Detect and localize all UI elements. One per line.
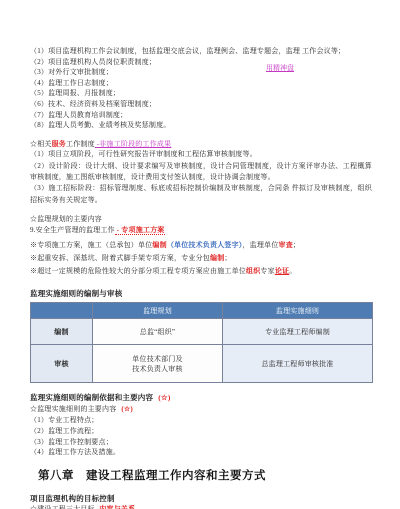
note-blue-text: （单位技术负责人签字） — [167, 241, 243, 249]
heading-text: ☆监理实施细则的主要内容 — [30, 405, 116, 413]
heading-highlight: 服务 — [52, 140, 66, 148]
item-highlight: - 专项施工方案 — [115, 226, 165, 235]
list-item: （2）项目监理机构人员岗位职责制度； — [30, 57, 372, 68]
list-item: （2）监理工作流程； — [30, 426, 372, 437]
rules-list: （1）项目监理机构工作会议制度，包括监理交底会议，监理例会、监理专题会，监理 工… — [30, 46, 372, 131]
section-heading: 监理实施细则的编制依据和主要内容(☆) — [30, 392, 372, 403]
list-item: （4）监理工作日志制度； — [30, 78, 372, 89]
target-section: 项目监理机构的目标控制 ☆建设工程三大目标 -内容与关系 — [30, 493, 372, 509]
row-label: 编制 — [31, 319, 93, 345]
cell-line: 技术负责人审核 — [95, 364, 220, 374]
list-item: （4）监理工作方法及措施。 — [30, 447, 372, 458]
safety-item-line: 9.安全生产管理的监理工作 - 专项施工方案 — [30, 224, 372, 236]
note-highlight: 编制 — [210, 254, 224, 262]
note-highlight: 组织 — [246, 267, 260, 275]
cell-plan: 单位技术部门及 技术负责人审核 — [93, 345, 223, 383]
note-text: ※超过一定规模的危险性较大的分部分项工程专项方案应由施工单位 — [30, 267, 246, 275]
list-item: （1）项目监理机构工作会议制度，包括监理交底会议，监理例会、监理专题会，监理 工… — [30, 46, 372, 57]
heading-text: 监理实施细则的编制依据和主要内容 — [30, 393, 153, 402]
section-heading: ☆监理规划的主要内容 — [30, 214, 372, 225]
paragraph: （2）设计阶段：设计大纲、设计要求编写及审核制度，设计合同管理制度，设计方案评审… — [30, 161, 372, 184]
heading-text: 工作制度 — [66, 140, 95, 148]
row-label: 审核 — [31, 345, 93, 383]
basis-section: 监理实施细则的编制依据和主要内容(☆) ☆监理实施细则的主要内容(☆) （1）专… — [30, 392, 372, 457]
list-item: （3）对外行文审批制度； — [30, 67, 372, 78]
note-text: ※起重安拆、深基坑、附着式脚手架专项方案，专业分包 — [30, 254, 210, 262]
note-text: 。 — [289, 267, 296, 275]
note-highlight: 论证 — [275, 267, 289, 275]
header-cell-detail: 监理实施细则 — [223, 303, 373, 319]
document-page: 用精神盘 （1）项目监理机构工作会议制度，包括监理交底会议，监理例会、监理专题会… — [0, 0, 400, 509]
cell-plan: 总监“组织” — [93, 319, 223, 345]
table-row: 编制 总监“组织” 专业监理工程师编制 — [31, 319, 373, 345]
stage-result-link[interactable]: -非施工阶段的工作成果 — [95, 140, 171, 148]
note-line: ※专项施工方案，施工（总承包）单位编制（单位技术负责人签字），监理单位审查； — [30, 239, 372, 252]
cell-line: 单位技术部门及 — [95, 354, 220, 364]
review-table: 监理规划 监理实施细则 编制 总监“组织” 专业监理工程师编制 审核 单位技术部… — [30, 302, 373, 383]
plan-section: ☆监理规划的主要内容 9.安全生产管理的监理工作 - 专项施工方案 ※专项施工方… — [30, 214, 372, 279]
list-item: （3）监理工作控制要点； — [30, 437, 372, 448]
star-badge: (☆) — [121, 405, 133, 413]
note-line: ※起重安拆、深基坑、附着式脚手架专项方案，专业分包编制； — [30, 252, 372, 265]
list-item: （6）技术、经济资料及档案管理制度； — [30, 99, 372, 110]
table-title: 监理实施细则的编制与审核 — [30, 288, 372, 299]
note-highlight: 审查 — [279, 241, 293, 249]
cell-detail: 总监理工程师审核批准 — [223, 345, 373, 383]
table-row: 审核 单位技术部门及 技术负责人审核 总监理工程师审核批准 — [31, 345, 373, 383]
line-text: ☆建设工程三大目标 — [30, 505, 95, 509]
note-text: ，监理单位 — [243, 241, 279, 249]
list-item: （8）监理人员考勤、业绩考核及奖惩制度。 — [30, 120, 372, 131]
note-text: ※专项施工方案，施工（总承包）单位 — [30, 241, 152, 249]
list-item: （7）监理人员教育培训制度； — [30, 110, 372, 121]
note-highlight: 编制 — [152, 241, 166, 249]
chapter-heading: 第八章 建设工程监理工作内容和主要方式 — [30, 469, 372, 484]
table-section: 监理实施细则的编制与审核 监理规划 监理实施细则 编制 总监“组织” 专业监理工… — [30, 288, 372, 383]
list-item: （5）监理周报、月报制度； — [30, 88, 372, 99]
cell-detail: 专业监理工程师编制 — [223, 319, 373, 345]
section-heading: ☆相关服务工作制度 -非施工阶段的工作成果 — [30, 139, 372, 150]
list-item: （1）专业工程特点； — [30, 415, 372, 426]
header-cell-empty — [31, 303, 93, 319]
notes-block: ※专项施工方案，施工（总承包）单位编制（单位技术负责人签字），监理单位审查； ※… — [30, 239, 372, 278]
related-services-section: ☆相关服务工作制度 -非施工阶段的工作成果 （1）项目立项阶段，可行性研究报告评… — [30, 139, 372, 206]
star-badge: (☆) — [158, 393, 170, 402]
section-heading: 项目监理机构的目标控制 — [30, 493, 372, 504]
table-header-row: 监理规划 监理实施细则 — [31, 303, 373, 319]
header-cell-plan: 监理规划 — [93, 303, 223, 319]
note-text: ； — [293, 241, 300, 249]
goal-line: ☆建设工程三大目标 -内容与关系 — [30, 504, 372, 509]
paragraph: （1）项目立项阶段，可行性研究报告评审制度和工程估算审核制度等。 — [30, 149, 372, 160]
line-highlight: -内容与关系 — [95, 505, 135, 509]
sub-heading: ☆监理实施细则的主要内容(☆) — [30, 403, 372, 415]
paragraph: （3）施工招标阶段：招标管理制度、标底或招标控制价编制及审核制度，合同条 件拟订… — [30, 183, 372, 206]
heading-text: ☆相关 — [30, 140, 52, 148]
note-text: ； — [224, 254, 231, 262]
note-text: 专家 — [260, 267, 274, 275]
note-line: ※超过一定规模的危险性较大的分部分项工程专项方案应由施工单位组织专家论证。 — [30, 265, 372, 278]
item-text: 9.安全生产管理的监理工作 — [30, 226, 115, 234]
margin-annotation-link[interactable]: 用精神盘 — [266, 63, 294, 73]
